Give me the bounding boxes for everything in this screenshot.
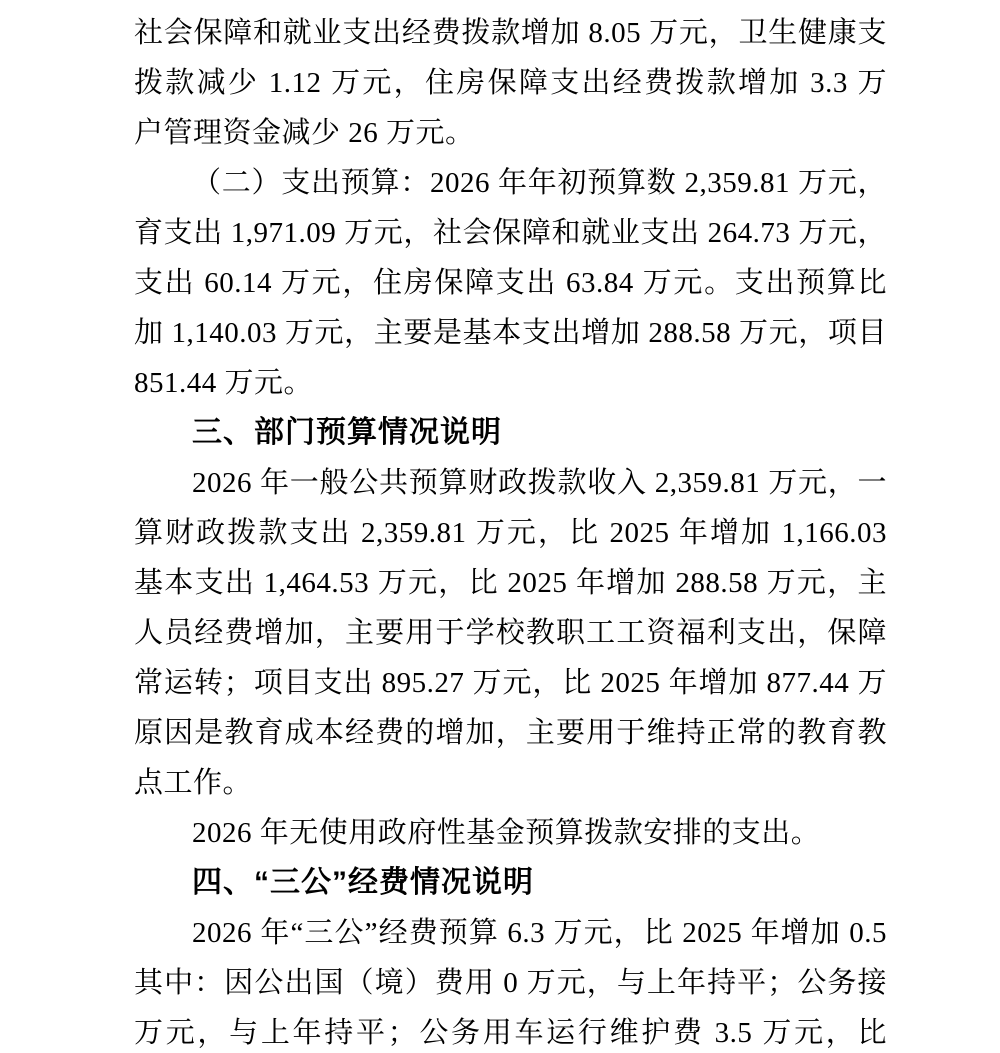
text-line: 户管理资金减少 26 万元。: [134, 108, 887, 158]
text-line: 点工作。: [134, 758, 887, 808]
text-line: 加 1,140.03 万元，主要是基本支出增加 288.58 万元，项目支出增加: [134, 308, 887, 358]
text-line: 人员经费增加，主要用于学校教职工工资福利支出，保障学校正: [134, 608, 887, 658]
text-line: 万元，与上年持平；公务用车运行维护费 3.5 万元，比 2025 年增: [134, 1008, 887, 1053]
text-line: 基本支出 1,464.53 万元，比 2025 年增加 288.58 万元，主要…: [134, 558, 887, 608]
text-line: 其中：因公出国（境）费用 0 万元，与上年持平；公务接待费 2.8: [134, 958, 887, 1008]
text-line: 社会保障和就业支出经费拨款增加 8.05 万元，卫生健康支出经费: [134, 8, 887, 58]
text-line: 算财政拨款支出 2,359.81 万元，比 2025 年增加 1,166.03 …: [134, 508, 887, 558]
document-body: 社会保障和就业支出经费拨款增加 8.05 万元，卫生健康支出经费拨款减少 1.1…: [134, 8, 887, 1053]
text-line: 2026 年“三公”经费预算 6.3 万元，比 2025 年增加 0.5 万元。: [134, 908, 887, 958]
text-line: 2026 年一般公共预算财政拨款收入 2,359.81 万元，一般公共预: [134, 458, 887, 508]
text-line: 常运转；项目支出 895.27 万元，比 2025 年增加 877.44 万元，…: [134, 658, 887, 708]
section-heading: 四、“三公”经费情况说明: [134, 858, 887, 908]
section-heading: 三、部门预算情况说明: [134, 408, 887, 458]
text-line: （二）支出预算：2026 年年初预算数 2,359.81 万元，其中：教: [134, 158, 887, 208]
text-line: 拨款减少 1.12 万元，住房保障支出经费拨款增加 3.3 万元，财政专: [134, 58, 887, 108]
text-line: 2026 年无使用政府性基金预算拨款安排的支出。: [134, 808, 887, 858]
text-line: 育支出 1,971.09 万元，社会保障和就业支出 264.73 万元，卫生健康: [134, 208, 887, 258]
text-line: 支出 60.14 万元，住房保障支出 63.84 万元。支出预算比 2025 年…: [134, 258, 887, 308]
document-page: 社会保障和就业支出经费拨款增加 8.05 万元，卫生健康支出经费拨款减少 1.1…: [0, 0, 1000, 1053]
text-line: 851.44 万元。: [134, 358, 887, 408]
text-line: 原因是教育成本经费的增加，主要用于维持正常的教育教学等重: [134, 708, 887, 758]
